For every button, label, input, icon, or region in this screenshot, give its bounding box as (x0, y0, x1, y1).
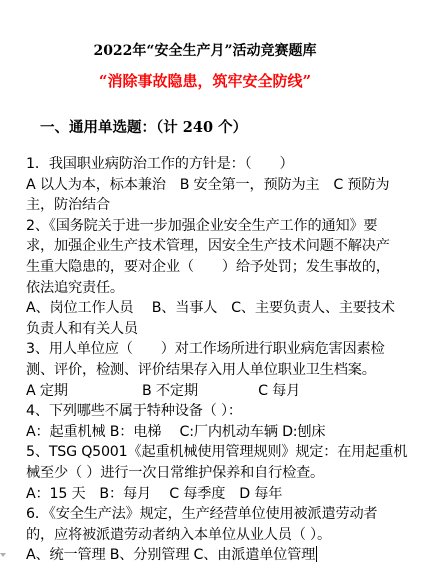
question-6-options: A、统一管理 B、分别管理 C、由派遣单位管理 (26, 547, 315, 563)
question-5-stem: 5、TSG Q5001《起重机械使用管理规则》规定：在用起重机 (26, 442, 406, 463)
question-body[interactable]: 1．我国职业病防治工作的方针是：（ ） A 以人为本，标本兼治 B 安全第一，预… (26, 154, 406, 566)
question-2-options: A、岗位工作人员 B、当事人 C、主要负责人、主要技术 (26, 298, 406, 319)
question-2-options-cont: 负责人和有关人员 (26, 319, 406, 340)
question-6-options-line: A、统一管理 B、分别管理 C、由派遣单位管理 (26, 545, 406, 566)
question-1-stem: 1．我国职业病防治工作的方针是：（ ） (26, 154, 406, 175)
question-2-stem-cont: 求，加强企业生产技术管理，因安全生产技术问题不解决产 (26, 236, 406, 257)
paragraph-collapse-marker-icon[interactable] (0, 553, 6, 557)
question-3-options: A 定期 B 不定期 C 每月 (26, 381, 406, 402)
question-4-options: A：起重机械 B：电梯 C:厂内机动车辆 D:刨床 (26, 422, 406, 443)
document-title: 2022年“安全生产月”活动竞赛题库 (0, 42, 410, 60)
question-2-stem: 2、《国务院关于进一步加强企业安全生产工作的通知》要 (26, 216, 406, 237)
question-1-options-cont: 主，防治结合 (26, 195, 406, 216)
question-3-stem: 3、用人单位应（ ）对工作场所进行职业病危害因素检 (26, 339, 406, 360)
question-5-stem-cont: 械至少（ ）进行一次日常维护保养和自行检查。 (26, 463, 406, 484)
question-4-stem: 4、下列哪些不属于特种设备（ ）： (26, 401, 406, 422)
question-6-stem-cont: 的，应将被派遣劳动者纳入本单位从业人员（ ）。 (26, 525, 406, 546)
question-2-stem-cont: 依法追究责任。 (26, 278, 406, 299)
text-cursor (316, 546, 317, 562)
question-1-options: A 以人为本，标本兼治 B 安全第一，预防为主 C 预防为 (26, 175, 406, 196)
question-5-options: A：15 天 B：每月 C 每季度 D 每年 (26, 484, 406, 505)
section-heading: 一、通用单选题：（计 240 个） (40, 118, 247, 138)
document-subtitle: “消除事故隐患，筑牢安全防线” (0, 72, 410, 90)
question-6-stem: 6．《安全生产法》规定，生产经营单位使用被派遣劳动者 (26, 504, 406, 525)
question-2-stem-cont: 生重大隐患的，要对企业（ ）给予处罚；发生事故的， (26, 257, 406, 278)
question-3-stem-cont: 测、评价，检测、评价结果存入用人单位职业卫生档案。 (26, 360, 406, 381)
